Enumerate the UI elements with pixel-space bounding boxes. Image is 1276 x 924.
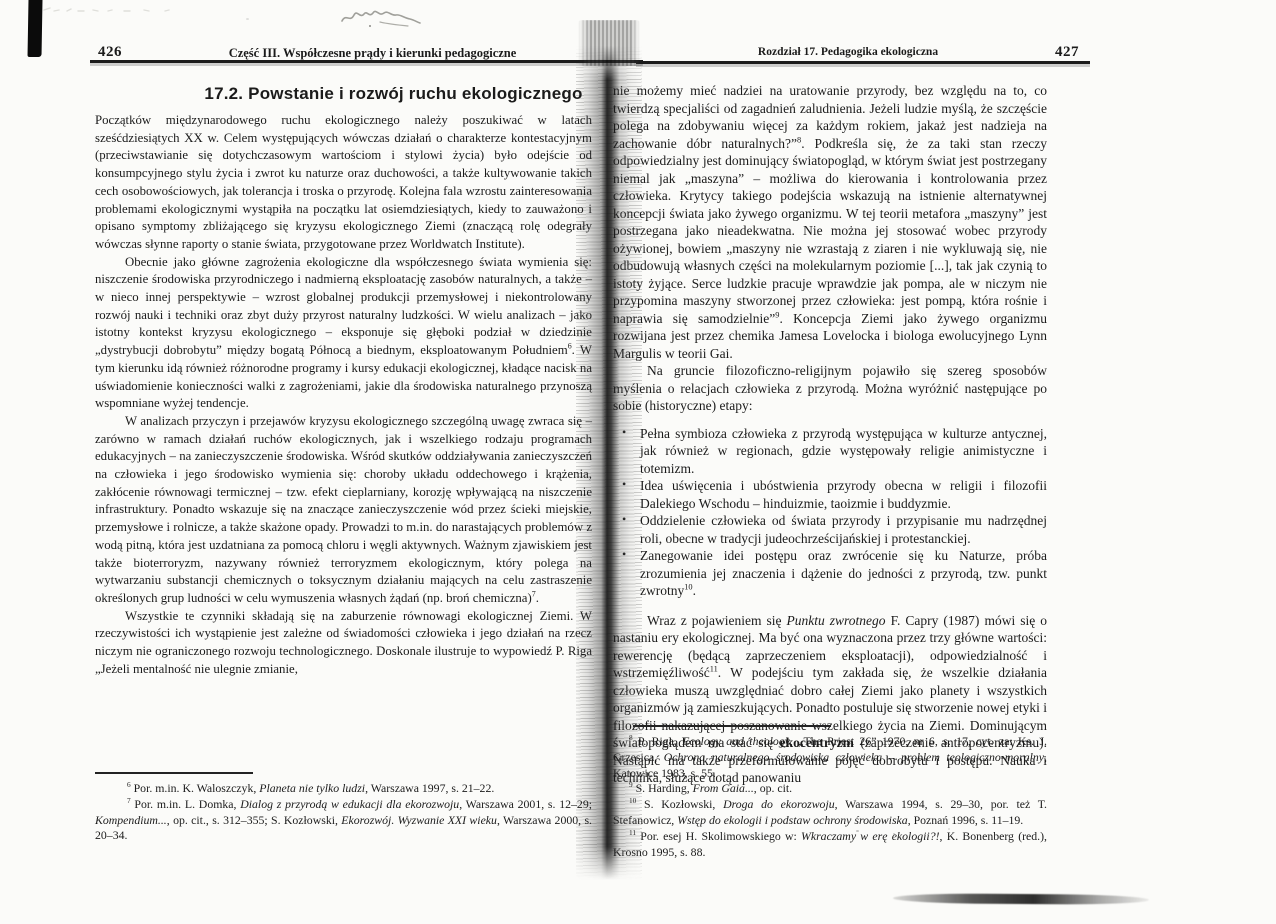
header-rule-right xyxy=(636,61,1090,64)
footnote-rule-right xyxy=(633,725,831,727)
running-head-right: Rozdział 17. Pedagogika ekologiczna xyxy=(631,46,1065,58)
footnote: 6 Por. m.in. K. Waloszczyk, Planeta nie … xyxy=(95,781,592,797)
bullet-list: • Pełna symbioza człowieka z przyrodą wy… xyxy=(613,425,1047,600)
footnote: 8 P. Riga, Ecology and theology, „The Pr… xyxy=(613,734,1047,781)
footnote-rule-left xyxy=(95,772,253,774)
book-scan: 426 Część III. Współczesne prądy i kieru… xyxy=(0,0,1276,924)
section-heading: 17.2. Powstanie i rozwój ruchu ekologicz… xyxy=(145,84,642,104)
page-number-right: 427 xyxy=(1055,44,1079,61)
list-item: • Zanegowanie idei postępu oraz zwróceni… xyxy=(640,547,1047,600)
body-text-left: Początków międzynarodowego ruchu ekologi… xyxy=(95,112,592,679)
paragraph: nie możemy mieć nadziei na uratowanie pr… xyxy=(613,82,1047,362)
paragraph: Wszystkie te czynniki składają się na za… xyxy=(95,608,592,679)
scan-speck xyxy=(856,830,859,832)
bullet-icon: • xyxy=(622,546,626,564)
bullet-icon: • xyxy=(622,476,626,494)
list-item: • Oddzielenie człowieka od świata przyro… xyxy=(640,512,1047,547)
list-item: • Pełna symbioza człowieka z przyrodą wy… xyxy=(640,425,1047,478)
body-text-right: nie możemy mieć nadziei na uratowanie pr… xyxy=(613,82,1047,787)
paragraph: Na gruncie filozoficzno-religijnym pojaw… xyxy=(613,362,1047,415)
scan-speck xyxy=(246,18,249,20)
list-item: • Idea uświęcenia i ubóstwienia przyrody… xyxy=(640,477,1047,512)
bullet-icon: • xyxy=(622,511,626,529)
list-item-text: Idea uświęcenia i ubóstwienia przyrody o… xyxy=(640,478,1047,511)
footnote: 9 S. Harding, From Gaia..., op. cit. xyxy=(613,781,1047,797)
pencil-scratch-icon xyxy=(42,2,212,18)
footnotes-right: 8 P. Riga, Ecology and theology, „The Pr… xyxy=(613,725,1047,860)
running-head-left: Część III. Współczesne prądy i kierunki … xyxy=(124,46,621,61)
list-item-text: Oddzielenie człowieka od świata przyrody… xyxy=(640,513,1047,546)
list-item-text: Pełna symbioza człowieka z przyrodą wyst… xyxy=(640,426,1047,476)
bullet-icon: • xyxy=(622,424,626,442)
paragraph: W analizach przyczyn i przejawów kryzysu… xyxy=(95,413,592,608)
paragraph: Początków międzynarodowego ruchu ekologi… xyxy=(95,112,592,254)
page-number-left: 426 xyxy=(98,44,122,61)
handwritten-scribble-icon xyxy=(336,3,422,31)
scan-speck xyxy=(948,828,950,830)
footnote: 10 S. Kozłowski, Droga do ekorozwoju, Wa… xyxy=(613,797,1047,829)
header-rule-left xyxy=(90,60,643,63)
list-item-text: Zanegowanie idei postępu oraz zwrócenie … xyxy=(640,548,1047,598)
scan-edge-smudge xyxy=(893,893,1149,905)
footnotes-left: 6 Por. m.in. K. Waloszczyk, Planeta nie … xyxy=(95,772,592,844)
scan-speck xyxy=(893,833,895,835)
page-edge-ink-mark xyxy=(28,0,43,57)
footnote: 11 Por. esej H. Skolimowskiego w: Wkracz… xyxy=(613,829,1047,861)
spine-shadow-top xyxy=(578,20,640,66)
footnote: 7 Por. m.in. L. Domka, Dialog z przyrodą… xyxy=(95,797,592,844)
paragraph: Obecnie jako główne zagrożenia ekologicz… xyxy=(95,254,592,413)
